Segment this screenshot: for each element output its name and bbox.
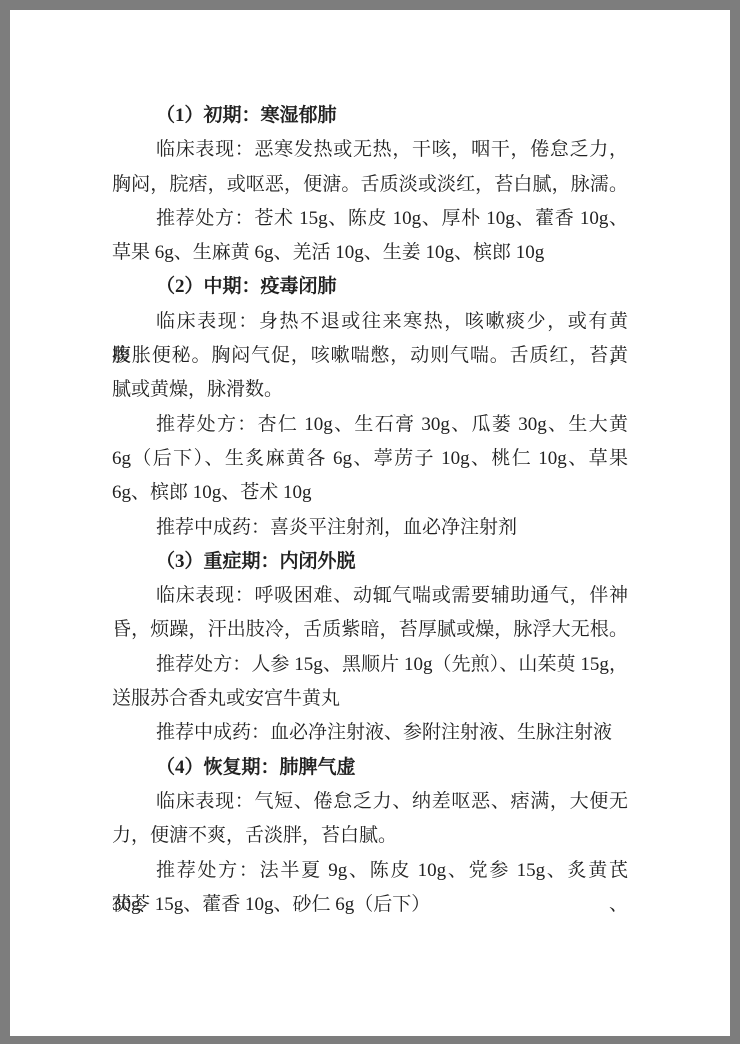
- section-3-patent-medicine-line: 推荐中成药：血必净注射液、参附注射液、生脉注射液: [112, 716, 628, 750]
- section-2-prescription-line-2: 6g（后下）、生炙麻黄各 6g、葶苈子 10g、桃仁 10g、草果: [112, 442, 628, 476]
- section-4-prescription-line-1: 推荐处方：法半夏 9g、陈皮 10g、党参 15g、炙黄芪 30g、: [112, 854, 628, 888]
- section-4-heading: （4）恢复期：肺脾气虚: [112, 751, 628, 785]
- section-3-clinical-line-2: 昏，烦躁，汗出肢冷，舌质紫暗，苔厚腻或燥，脉浮大无根。: [112, 613, 628, 647]
- section-2-clinical-line-3: 腻或黄燥，脉滑数。: [112, 373, 628, 407]
- section-1-clinical-line-2: 胸闷，脘痞，或呕恶，便溏。舌质淡或淡红，苔白腻，脉濡。: [112, 168, 628, 202]
- section-2-prescription-line-1: 推荐处方：杏仁 10g、生石膏 30g、瓜蒌 30g、生大黄: [112, 408, 628, 442]
- section-1-prescription-line-1: 推荐处方：苍术 15g、陈皮 10g、厚朴 10g、藿香 10g、: [112, 202, 628, 236]
- section-3-heading: （3）重症期：内闭外脱: [112, 545, 628, 579]
- screenshot-canvas: （1）初期：寒湿郁肺 临床表现：恶寒发热或无热，干咳，咽干，倦怠乏力， 胸闷，脘…: [0, 0, 740, 1044]
- document-page: （1）初期：寒湿郁肺 临床表现：恶寒发热或无热，干咳，咽干，倦怠乏力， 胸闷，脘…: [10, 10, 730, 1036]
- section-2-clinical-line-2: 腹胀便秘。胸闷气促，咳嗽喘憋，动则气喘。舌质红，苔黄: [112, 339, 628, 373]
- section-4-clinical-line-2: 力，便溏不爽，舌淡胖，苔白腻。: [112, 819, 628, 853]
- section-2-clinical-line-1: 临床表现：身热不退或往来寒热，咳嗽痰少，或有黄痰，: [112, 305, 628, 339]
- section-2-heading: （2）中期：疫毒闭肺: [112, 270, 628, 304]
- section-1-heading: （1）初期：寒湿郁肺: [112, 99, 628, 133]
- section-2-prescription-line-3: 6g、槟郎 10g、苍术 10g: [112, 476, 628, 510]
- section-3-prescription-line-2: 送服苏合香丸或安宫牛黄丸: [112, 682, 628, 716]
- section-4-clinical-line-1: 临床表现：气短、倦怠乏力、纳差呕恶、痞满，大便无: [112, 785, 628, 819]
- section-3-clinical-line-1: 临床表现：呼吸困难、动辄气喘或需要辅助通气，伴神: [112, 579, 628, 613]
- section-1-prescription-line-2: 草果 6g、生麻黄 6g、羌活 10g、生姜 10g、槟郎 10g: [112, 236, 628, 270]
- section-2-patent-medicine-line: 推荐中成药：喜炎平注射剂，血必净注射剂: [112, 511, 628, 545]
- section-1-clinical-line-1: 临床表现：恶寒发热或无热，干咳，咽干，倦怠乏力，: [112, 133, 628, 167]
- section-3-prescription-line-1: 推荐处方：人参 15g、黑顺片 10g（先煎）、山茱萸 15g，: [112, 648, 628, 682]
- document-content: （1）初期：寒湿郁肺 临床表现：恶寒发热或无热，干咳，咽干，倦怠乏力， 胸闷，脘…: [10, 10, 730, 922]
